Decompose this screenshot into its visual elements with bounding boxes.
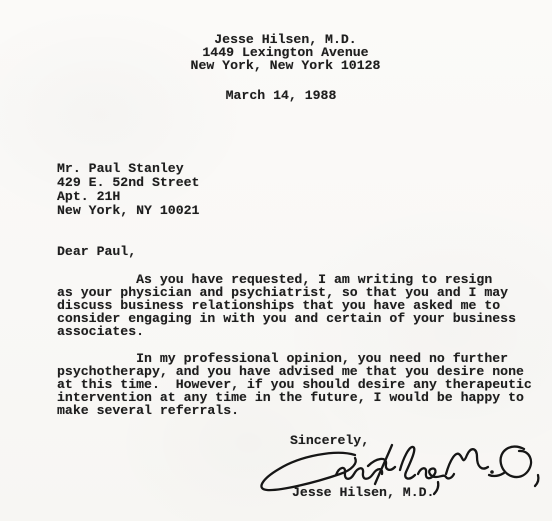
body-paragraph-2: In my professional opinion, you need no … (57, 352, 532, 417)
typed-signature-name: Jesse Hilsen, M.D. (292, 486, 434, 499)
letterhead-address-line2: New York, New York 10128 (19, 59, 552, 72)
salutation: Dear Paul, (57, 245, 136, 258)
scanned-letter-page: Jesse Hilsen, M.D. 1449 Lexington Avenue… (0, 0, 552, 521)
date-line: March 14, 1988 (0, 89, 552, 102)
recipient-street: 429 E. 52nd Street (57, 176, 199, 190)
letterhead: Jesse Hilsen, M.D. 1449 Lexington Avenue… (0, 33, 552, 72)
recipient-city: New York, NY 10021 (57, 204, 199, 218)
body-paragraph-1: As you have requested, I am writing to r… (57, 273, 516, 338)
recipient-apartment: Apt. 21H (57, 190, 199, 204)
recipient-name: Mr. Paul Stanley (57, 162, 199, 176)
recipient-address-block: Mr. Paul Stanley 429 E. 52nd Street Apt.… (57, 162, 199, 218)
